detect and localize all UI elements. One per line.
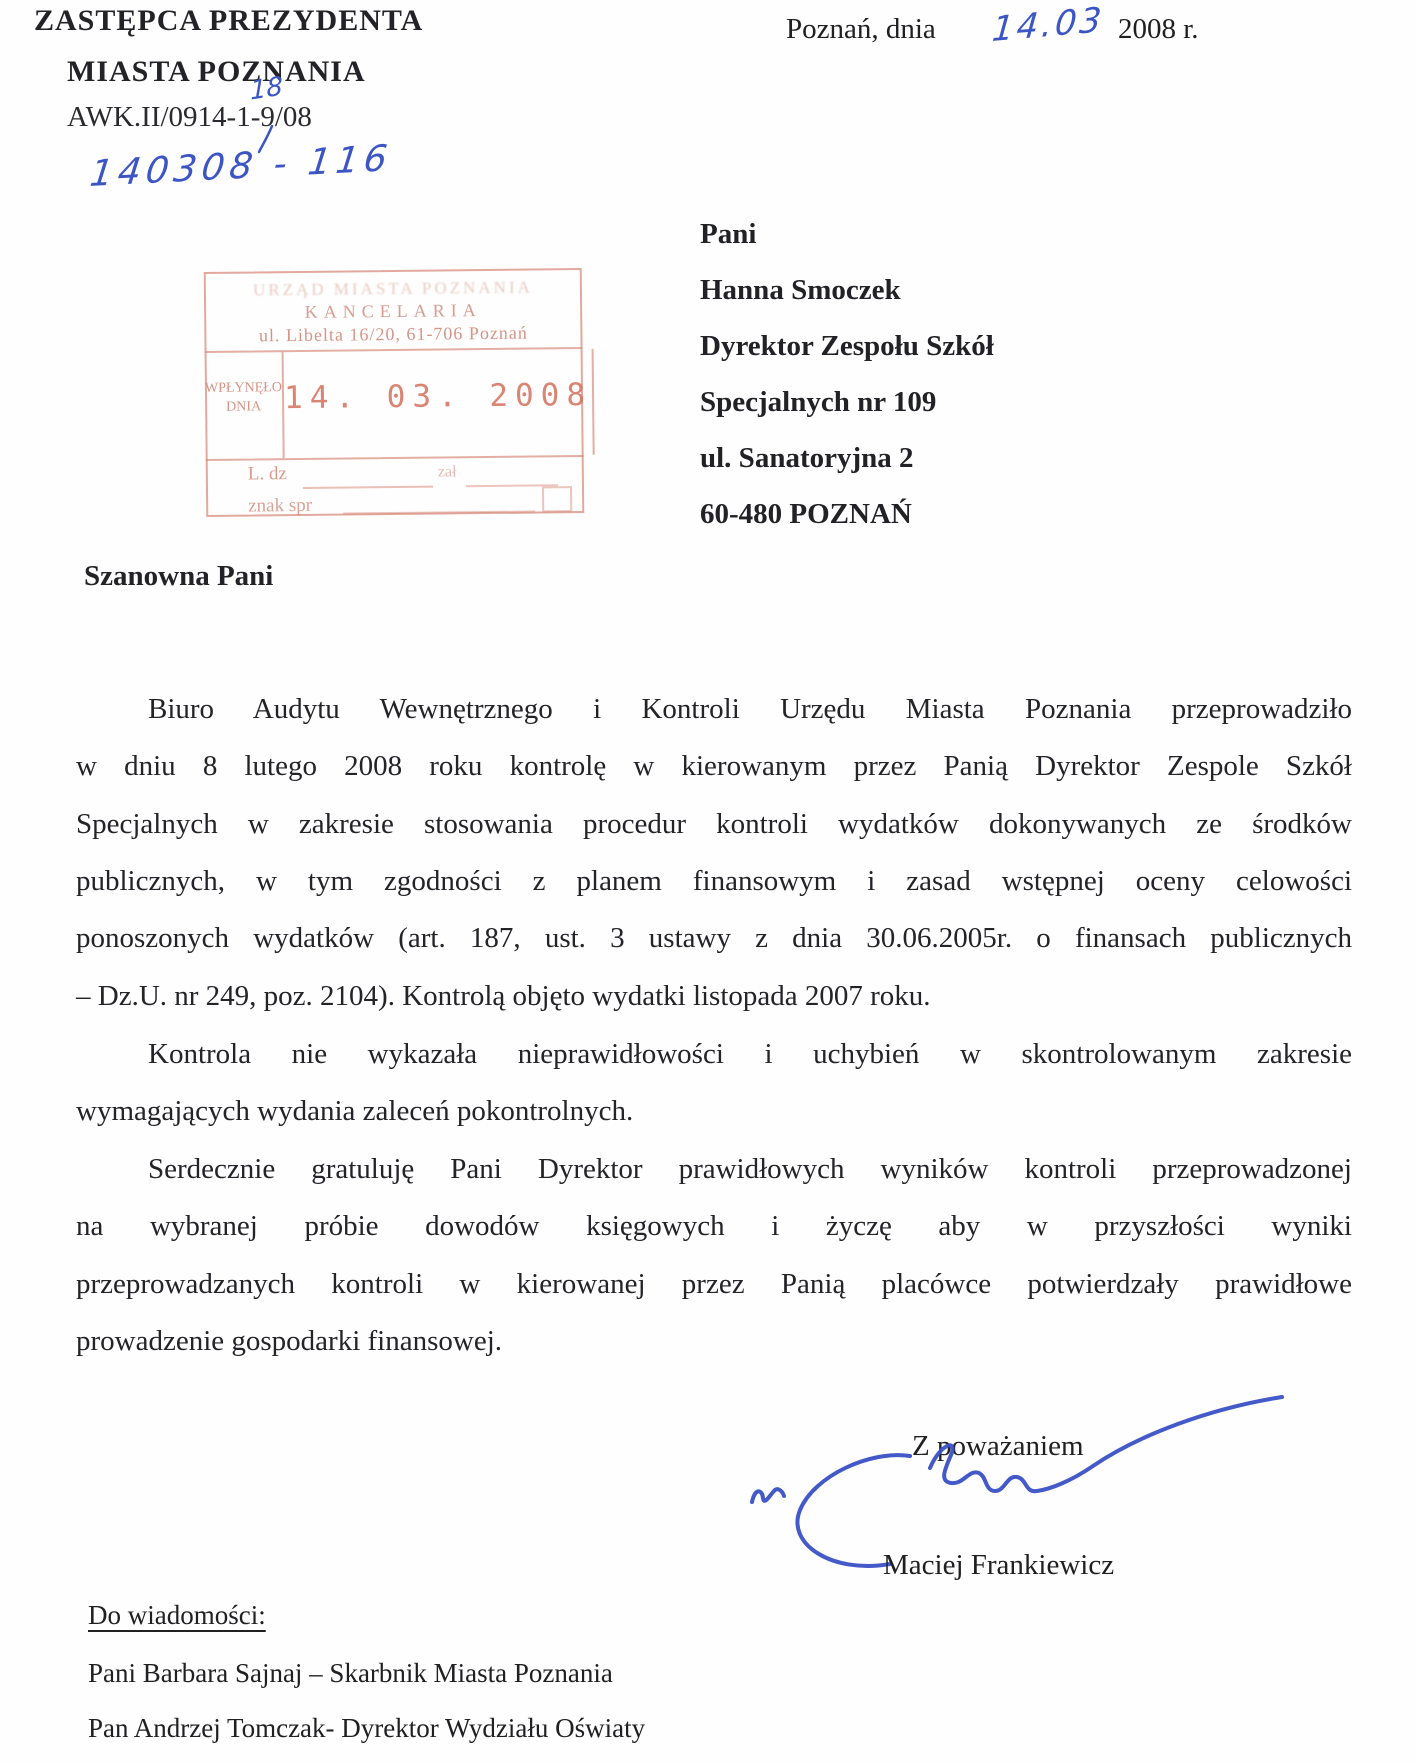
body-line: – Dz.U. nr 249, poz. 2104). Kontrolą obj…	[76, 980, 1352, 1013]
body-line: w dniu 8 lutego 2008 roku kontrolę w kie…	[76, 750, 1352, 783]
stamp-date-row: WPŁYNĘŁO DNIA 14. 03. 2008 WPŁYNĘŁO DNIA	[205, 347, 584, 461]
stamp-office-line: URZĄD MIASTA POZNANIA	[206, 277, 580, 301]
recipient-line: ul. Sanatoryjna 2	[700, 442, 994, 498]
stamp-ldz-label: L. dz	[248, 463, 287, 485]
scanned-letter-page: ZASTĘPCA PREZYDENTA MIASTA POZNANIA AWK.…	[0, 0, 1416, 1763]
handwritten-filing-number: 140308 - 116	[88, 138, 395, 195]
stamp-date-cell: 14. 03. 2008	[284, 349, 595, 458]
cc-line: Pan Andrzej Tomczak- Dyrektor Wydziału O…	[88, 1713, 645, 1744]
body-line: Biuro Audytu Wewnętrznego i Kontroli Urz…	[76, 693, 1352, 726]
body-line: publicznych, w tym zgodności z planem fi…	[76, 865, 1352, 898]
stamp-blank-line	[303, 486, 433, 489]
stamp-blank-line	[343, 511, 535, 515]
body-line: na wybranej próbie dowodów księgowych i …	[76, 1210, 1352, 1243]
stamp-znak-label: znak spr	[248, 495, 312, 518]
letterhead-office-line-1: ZASTĘPCA PREZYDENTA	[34, 4, 423, 38]
recipient-line: Hanna Smoczek	[700, 274, 994, 330]
recipient-line: Specjalnych nr 109	[700, 386, 994, 442]
dateline-prefix: Poznań, dnia	[786, 13, 936, 46]
dateline-year: 2008 r.	[1118, 13, 1199, 46]
body-line: prowadzenie gospodarki finansowej.	[76, 1325, 1352, 1358]
receipt-stamp: URZĄD MIASTA POZNANIA KANCELARIA ul. Lib…	[204, 268, 585, 517]
stamp-address: ul. Libelta 16/20, 61-706 Poznań	[206, 322, 580, 347]
body-line: ponoszonych wydatków (art. 187, ust. 3 u…	[76, 922, 1352, 955]
stamp-zal-label: zał	[438, 463, 457, 481]
recipient-line: Pani	[700, 218, 994, 274]
signer-name: Maciej Frankiewicz	[883, 1549, 1114, 1582]
body-line: Serdecznie gratuluję Pani Dyrektor prawi…	[76, 1153, 1352, 1186]
cc-line: Pani Barbara Sajnaj – Skarbnik Miasta Po…	[88, 1658, 613, 1689]
body-line: Kontrola nie wykazała nieprawidłowości i…	[76, 1038, 1352, 1071]
handwritten-correction: 18	[250, 71, 283, 106]
recipient-block: Pani Hanna Smoczek Dyrektor Zespołu Szkó…	[700, 218, 994, 554]
stamp-title: KANCELARIA	[206, 299, 580, 324]
body-line: Specjalnych w zakresie stosowania proced…	[76, 808, 1352, 841]
body-line: przeprowadzanych kontroli w kierowanej p…	[76, 1268, 1352, 1301]
cc-heading: Do wiadomości:	[88, 1600, 266, 1631]
recipient-line: 60-480 POZNAŃ	[700, 498, 994, 554]
salutation: Szanowna Pani	[84, 560, 273, 593]
stamp-received-label: WPŁYNĘŁO DNIA	[205, 352, 285, 459]
recipient-line: Dyrektor Zespołu Szkół	[700, 330, 994, 386]
letterhead-office-line-2: MIASTA POZNANIA	[67, 55, 366, 89]
stamp-date: 14. 03. 2008	[284, 377, 592, 416]
body-line: wymagających wydania zaleceń pokontrolny…	[76, 1095, 1352, 1128]
handwritten-date: 14.03	[990, 0, 1105, 50]
stamp-corner-box	[542, 486, 572, 512]
